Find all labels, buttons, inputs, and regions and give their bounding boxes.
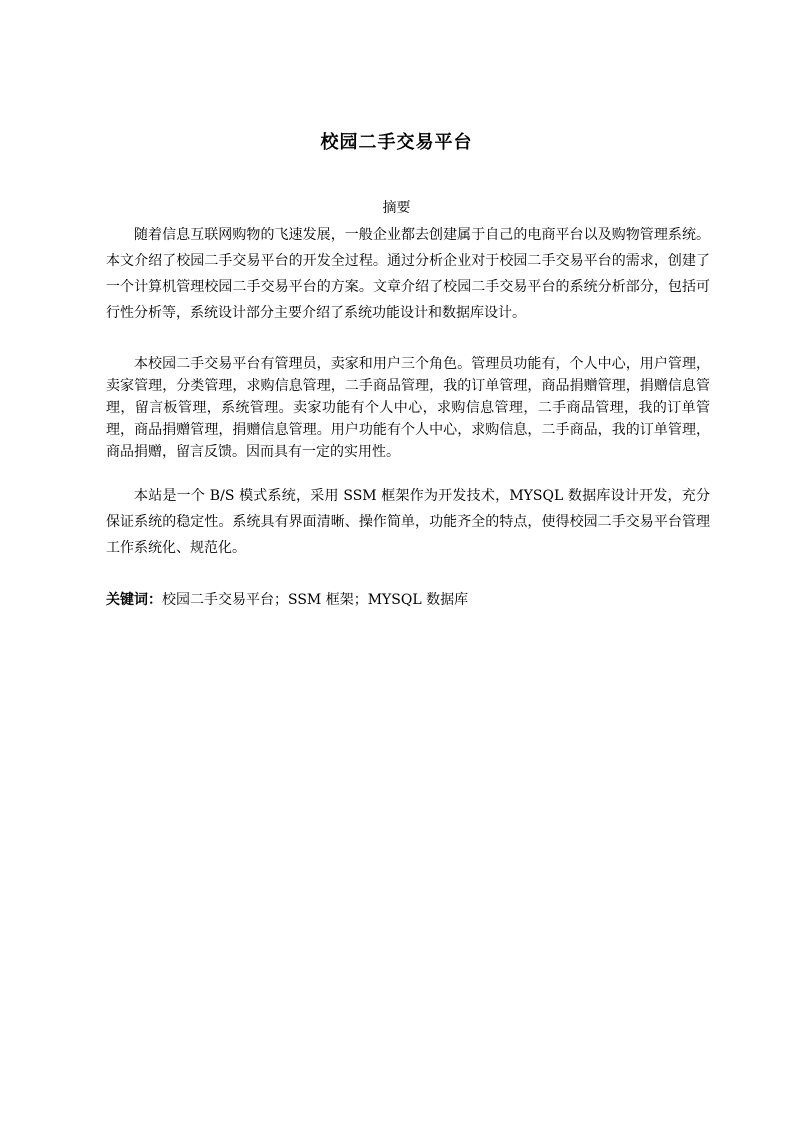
- abstract-paragraph-2: 本校园二手交易平台有管理员，卖家和用户三个角色。管理员功能有，个人中心，用户管理…: [106, 353, 710, 463]
- abstract-paragraph-1: 随着信息互联网购物的飞速发展，一般企业都去创建属于自己的电商平台以及购物管理系统…: [106, 222, 710, 326]
- keywords-text: 校园二手交易平台；SSM 框架；MYSQL 数据库: [162, 592, 468, 608]
- abstract-paragraph-3: 本站是一个 B/S 模式系统，采用 SSM 框架作为开发技术，MYSQL 数据库…: [106, 483, 710, 561]
- keywords-label: 关键词：: [106, 592, 162, 608]
- document-title: 校园二手交易平台: [0, 131, 793, 155]
- abstract-heading: 摘要: [0, 199, 793, 217]
- document-page: 校园二手交易平台 摘要 随着信息互联网购物的飞速发展，一般企业都去创建属于自己的…: [0, 0, 793, 1122]
- keywords-line: 关键词：校园二手交易平台；SSM 框架；MYSQL 数据库: [106, 590, 710, 610]
